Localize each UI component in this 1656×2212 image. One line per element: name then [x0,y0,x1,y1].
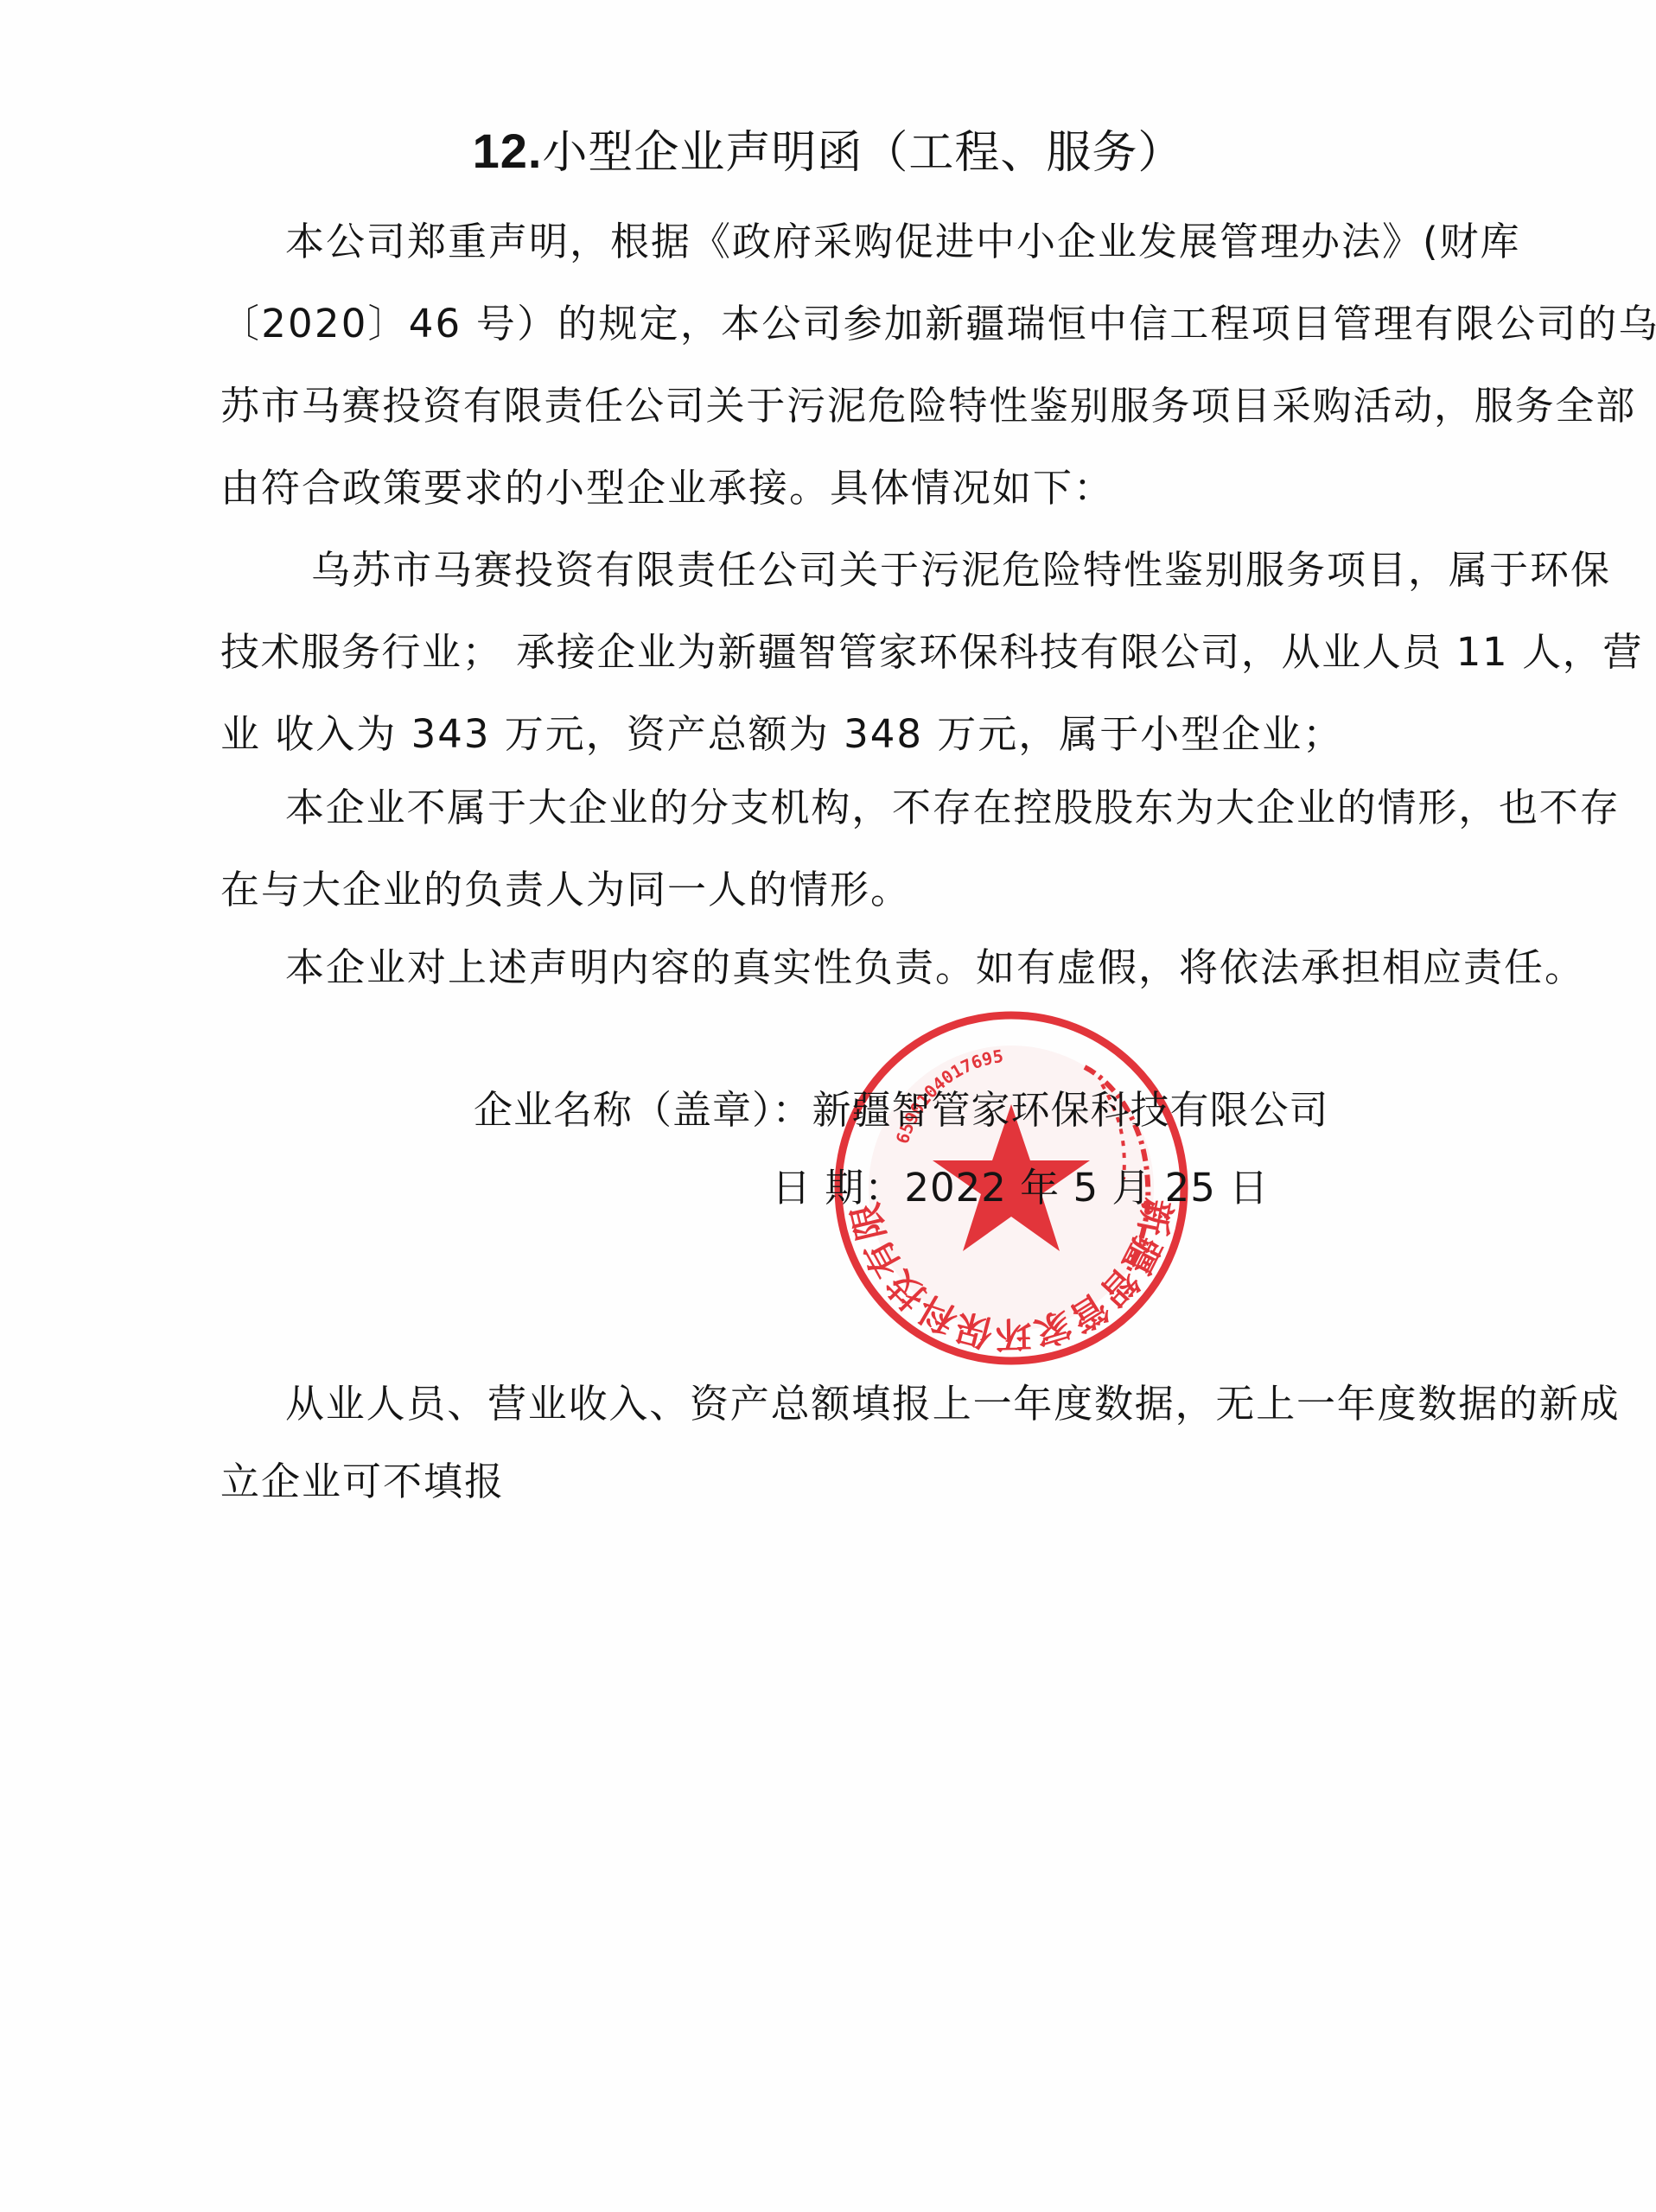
paragraph-1-line-2: 〔2020〕46 号）的规定，本公司参加新疆瑞恒中信工程项目管理有限公司的乌 [220,298,1508,350]
note-line-1: 从业人员、营业收入、资产总额填报上一年度数据，无上一年度数据的新成 [285,1378,1620,1430]
paragraph-2-line-3: 业 收入为 343 万元，资产总额为 348 万元，属于小型企业； [220,709,1343,760]
date-value: 2022 年 5 月 25 日 [904,1165,1269,1211]
document-page: 12.小型企业声明函（工程、服务） 本公司郑重声明，根据《政府采购促进中小企业发… [0,0,1656,2212]
paragraph-4-line-1: 本企业对上述声明内容的真实性负责。如有虚假，将依法承担相应责任。 [285,942,1585,994]
date-label: 日 期： [772,1165,904,1211]
company-name: 新疆智管家环保科技有限公司 [812,1087,1329,1133]
paragraph-3-line-2: 在与大企业的负责人为同一人的情形。 [220,864,911,916]
paragraph-1-line-3: 苏市马赛投资有限责任公司关于污泥危险特性鉴别服务项目采购活动，服务全部 [220,380,1508,432]
company-name-field: 企业名称（盖章）：新疆智管家环保科技有限公司 [474,1084,1329,1136]
page-title: 12.小型企业声明函（工程、服务） [0,121,1656,183]
title-text: 小型企业声明函（工程、服务） [542,127,1183,179]
company-label: 企业名称（盖章）： [474,1087,812,1133]
date-field: 日 期：2022 年 5 月 25 日 [772,1162,1269,1214]
paragraph-1-line-1: 本公司郑重声明，根据《政府采购促进中小企业发展管理办法》(财库 [285,216,1504,268]
paragraph-2-line-1: 乌苏市马赛投资有限责任公司关于污泥危险特性鉴别服务项目，属于环保 [311,544,1611,596]
paragraph-2-line-2: 技术服务行业； 承接企业为新疆智管家环保科技有限公司，从业人员 11 人，营 [220,626,1643,678]
title-number: 12. [473,124,543,178]
paragraph-3-line-1: 本企业不属于大企业的分支机构，不存在控股股东为大企业的情形，也不存 [285,782,1620,834]
note-line-2: 立企业可不填报 [220,1456,505,1508]
paragraph-1-line-4: 由符合政策要求的小型企业承接。具体情况如下： [220,462,1114,514]
